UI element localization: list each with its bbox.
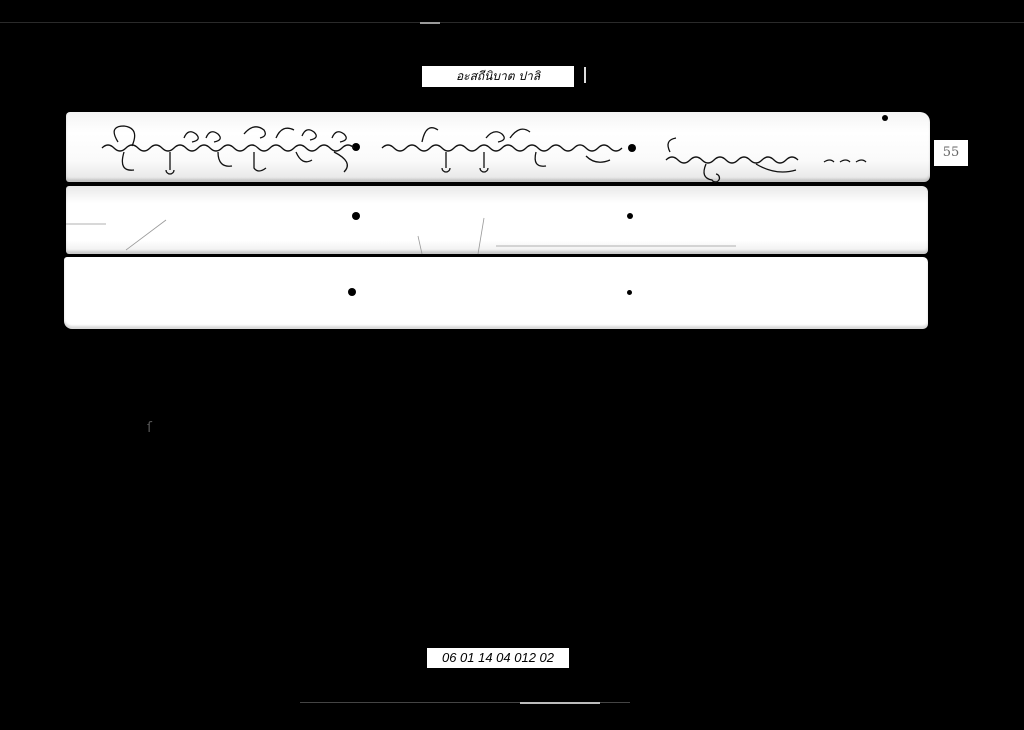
scan-edge-top-highlight: [420, 22, 440, 24]
leaf-texture: [66, 186, 928, 254]
manuscript-title-label: อะสถีนิบาต ปาลิ: [422, 66, 574, 87]
stray-mark: ſ: [147, 420, 152, 436]
handwritten-script: [66, 112, 930, 182]
scan-edge-bottom-highlight: [520, 702, 600, 704]
binding-hole: [627, 290, 632, 295]
palm-leaf-2: [66, 186, 928, 254]
page-number-label: 55: [934, 140, 968, 166]
catalog-number-label: 06 01 14 04 012 02: [427, 648, 569, 668]
binding-hole: [348, 288, 356, 296]
palm-leaf-3: [64, 257, 928, 329]
tick-mark: [584, 67, 586, 83]
palm-leaf-1: [66, 112, 930, 182]
scan-edge-top: [0, 22, 1024, 23]
